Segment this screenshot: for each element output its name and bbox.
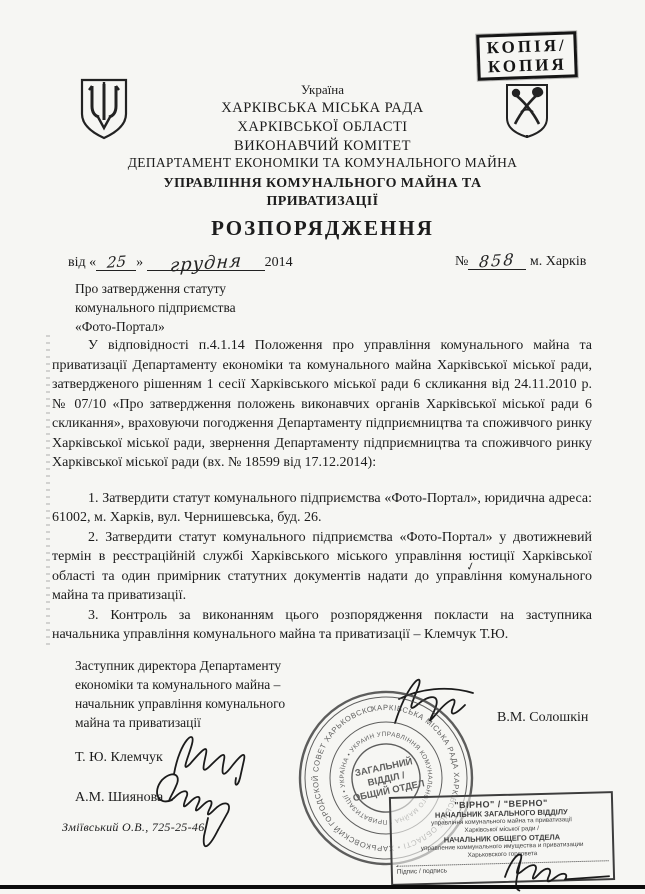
verify-stamp: "ВІРНО" / "ВЕРНО" НАЧАЛЬНИК ЗАГАЛЬНОГО В… bbox=[389, 791, 615, 886]
copy-stamp-line-ru: КОПИЯ bbox=[487, 55, 568, 77]
signer-name-shiyanova: А.М. Шиянова bbox=[75, 790, 163, 806]
order-item-2: 2. Затвердити статут комунального підпри… bbox=[52, 528, 592, 606]
subject-block: Про затвердження статуту комунального пі… bbox=[75, 279, 325, 336]
handwritten-number: 858 bbox=[478, 250, 516, 272]
department-block: ДЕПАРТАМЕНТ ЕКОНОМІКИ ТА КОМУНАЛЬНОГО МА… bbox=[0, 155, 645, 211]
subject-line: Про затвердження статуту bbox=[75, 279, 325, 298]
performer-contact: Зміївський О.В., 725-25-46 bbox=[62, 820, 205, 835]
order-item-3: 3. Контроль за виконанням цього розпоряд… bbox=[52, 606, 592, 645]
date-line: від «25» грудня2014 bbox=[68, 249, 293, 271]
position-line: економіки та комунального майна – bbox=[75, 675, 335, 694]
number-line: №858 м. Харків bbox=[455, 249, 586, 270]
kharkiv-coat-of-arms-icon bbox=[503, 82, 551, 140]
subject-line: «Фото-Портал» bbox=[75, 317, 325, 336]
position-line: Заступник директора Департаменту bbox=[75, 656, 335, 675]
intro-paragraph: У відповідності п.4.1.14 Положення про у… bbox=[52, 336, 592, 473]
document-body: У відповідності п.4.1.14 Положення про у… bbox=[52, 336, 592, 645]
month-field: грудня bbox=[147, 249, 265, 271]
signature-klemchuk bbox=[168, 726, 266, 790]
quote-open: « bbox=[89, 255, 96, 270]
handwritten-month: грудня bbox=[169, 250, 243, 276]
document-title: РОЗПОРЯДЖЕННЯ bbox=[0, 216, 645, 241]
handwritten-day: 25 bbox=[106, 252, 126, 271]
signer-name-klemchuk: Т. Ю. Клемчук bbox=[75, 750, 163, 766]
year: 2014 bbox=[265, 255, 293, 270]
number-field: 858 bbox=[468, 249, 526, 270]
management-name-line2: ПРИВАТИЗАЦІЇ bbox=[0, 193, 645, 211]
copy-stamp: КОПІЯ/ КОПИЯ bbox=[476, 31, 578, 80]
signature-shiyanova bbox=[148, 766, 268, 856]
subject-line: комунального підприємства bbox=[75, 298, 325, 317]
scan-edge-bottom bbox=[0, 885, 645, 889]
number-label: № bbox=[455, 254, 468, 269]
approver-name: В.М. Солошкін bbox=[497, 710, 588, 726]
day-field: 25 bbox=[96, 251, 136, 271]
management-name-line1: УПРАВЛІННЯ КОМУНАЛЬНОГО МАЙНА ТА bbox=[0, 175, 645, 193]
order-item-1: 1. Затвердити статут комунального підпри… bbox=[52, 489, 592, 528]
verify-stamp-signature-label: Підпис / подпись bbox=[397, 867, 447, 875]
scan-speckles bbox=[46, 335, 50, 645]
quote-close: » bbox=[136, 255, 143, 270]
city: м. Харків bbox=[530, 254, 587, 269]
scanned-document-page: КОПІЯ/ КОПИЯ Україна ХАРКІВСЬКА МІСЬКА Р… bbox=[0, 0, 645, 894]
department-name: ДЕПАРТАМЕНТ ЕКОНОМІКИ ТА КОМУНАЛЬНОГО МА… bbox=[0, 155, 645, 171]
date-prefix: від bbox=[68, 255, 86, 270]
